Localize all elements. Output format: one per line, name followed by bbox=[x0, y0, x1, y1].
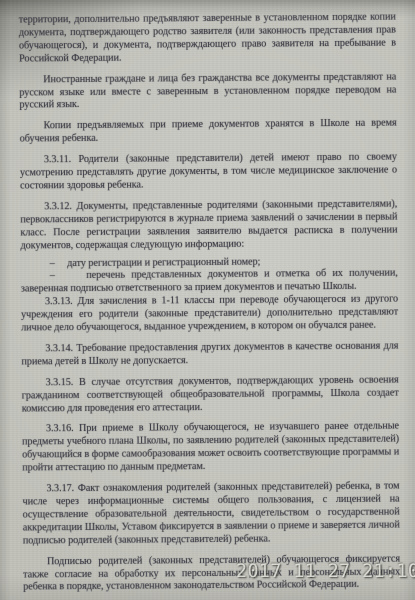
paragraph-3-3-17: 3.3.17. Факт ознакомления родителей (зак… bbox=[22, 481, 399, 548]
paragraph-3-3-12: 3.3.12. Документы, представленные родите… bbox=[20, 198, 397, 253]
paragraph-3-3-11: 3.3.11. Родители (законные представители… bbox=[20, 152, 397, 194]
paragraph-copies-storage: Копии предъявляемых при приеме документо… bbox=[20, 118, 397, 147]
camera-timestamp: 2017 11 27 21:10 bbox=[236, 560, 415, 582]
paragraph-3-3-15: 3.3.15. В случае отсутствия документов, … bbox=[22, 374, 399, 416]
list-item-documents-list: – перечень представленных документов и о… bbox=[21, 268, 398, 297]
paragraph-3-3-14: 3.3.14. Требование предоставления других… bbox=[21, 340, 398, 369]
paragraph-foreign-citizens: Иностранные граждане и лица без гражданс… bbox=[19, 71, 396, 113]
document-page: территории, дополнительно предъявляют за… bbox=[19, 12, 401, 595]
paragraph-3-3-13: 3.3.13. Для зачисления в 1-11 классы при… bbox=[21, 294, 398, 336]
paragraph-continued: территории, дополнительно предъявляют за… bbox=[19, 12, 396, 67]
paragraph-3-3-16: 3.3.16. При приеме в Школу обучающегося,… bbox=[22, 421, 399, 476]
document-photo: территории, дополнительно предъявляют за… bbox=[0, 0, 415, 600]
